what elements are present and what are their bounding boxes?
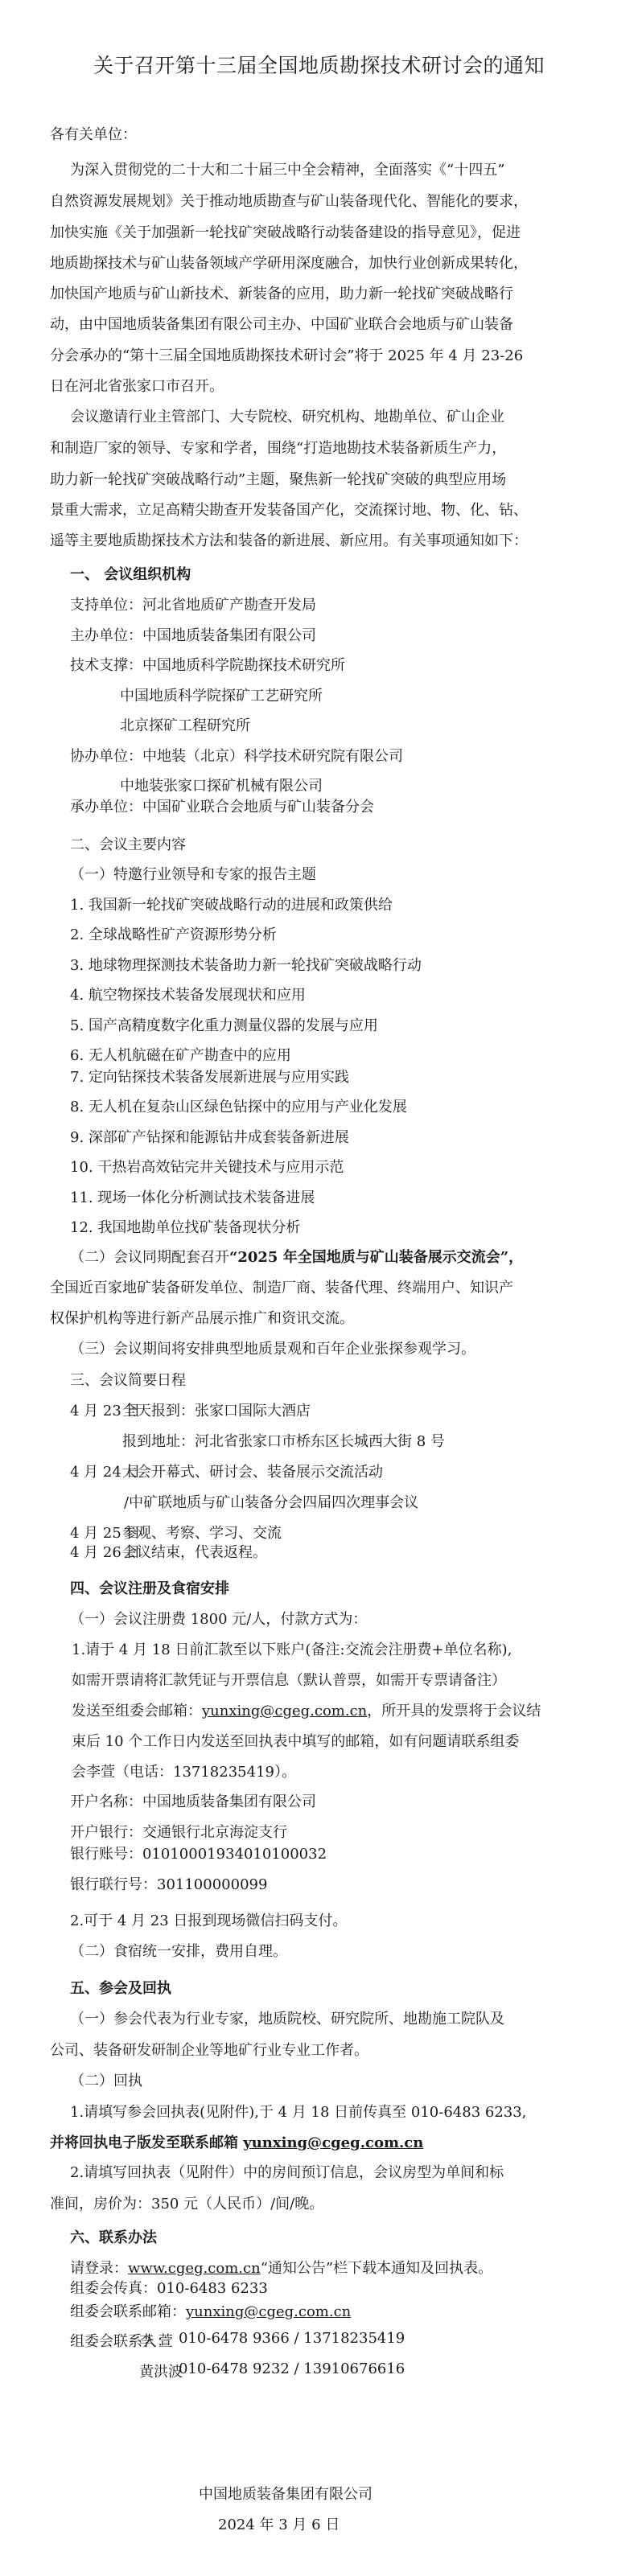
- support-label: 支持单位：: [70, 597, 142, 614]
- website-link[interactable]: www.cgeg.com.cn: [128, 2260, 261, 2277]
- schedule-item: 会议结束，代表返程。: [122, 1541, 267, 1562]
- salutation: 各有关单位：: [50, 123, 137, 144]
- organizer-label: 承办单位：: [70, 799, 142, 816]
- topic-item: 12. 我国地勘单位找矿装备现状分析: [70, 1216, 300, 1237]
- co-label: 协办单位：: [70, 748, 142, 765]
- account-number: 银行账号：01010001934010100032: [70, 1843, 327, 1863]
- section-heading-attendance: 五、参会及回执: [70, 1977, 171, 1998]
- intro-line: 加快国产地质与矿山新技术、新装备的应用，助力新一轮找矿突破战略行: [50, 282, 513, 303]
- intro-line: 为深入贯彻党的二十大和二十届三中全会精神，全面落实《“十四五”: [70, 158, 504, 179]
- schedule-item: /中矿联地质与矿山装备分会四届四次理事会议: [124, 1491, 418, 1512]
- send-suffix: ，所开具的发票将于会议结: [367, 1703, 541, 1719]
- tech-value: 中国地质科学院探矿工艺研究所: [120, 684, 323, 705]
- contact-phone: 010-6478 9232 / 13910676616: [179, 2360, 405, 2377]
- co-row: 协办单位：中地装（北京）科学技术研究院有限公司: [70, 745, 403, 766]
- contact-phone: 010-6478 9366 / 13718235419: [179, 2330, 405, 2347]
- payment-line: 会李萱（电话：13718235419）。: [72, 1760, 296, 1781]
- receipt-heading: （二）回执: [70, 2069, 142, 2090]
- subheading-topics: （一）特邀行业领导和专家的报告主题: [70, 863, 316, 884]
- contact-email-line: 组委会联系邮箱：yunxing@cgeg.com.cn: [70, 2300, 351, 2321]
- section-heading-registration: 四、会议注册及食宿安排: [70, 1577, 229, 1598]
- document-title: 关于召开第十三届全国地质勘探技术研讨会的通知: [0, 50, 638, 79]
- support-row: 支持单位：河北省地质矿产勘查开发局: [70, 594, 316, 614]
- fax-line: 组委会传真：010-6483 6233: [70, 2277, 268, 2298]
- organizer-value: 中国矿业联合会地质与矿山装备分会: [142, 799, 374, 816]
- expo-line: （二）会议同期配套召开“2025 年全国地质与矿山装备展示交流会”，: [70, 1246, 523, 1267]
- invite-line: 助力新一轮找矿突破战略行动”主题，聚焦新一轮找矿突破的典型应用场: [50, 468, 506, 489]
- invite-line: 和制造厂家的领导、专家和学者，围绕“打造地勘技术装备新质生产力，: [50, 437, 506, 458]
- bank-code: 银行联行号：301100000099: [70, 1873, 267, 1894]
- topic-item: 3. 地球物理探测技术装备助力新一轮找矿突破战略行动: [70, 954, 422, 975]
- signature-date: 2024 年 3 月 6 日: [218, 2513, 340, 2534]
- room-line: 准间，房价为：350 元（人民币）/间/晚。: [50, 2192, 323, 2213]
- intro-line: 日在河北省张家口市召开。: [50, 375, 224, 396]
- topic-item: 1. 我国新一轮找矿突破战略行动的进展和政策供给: [70, 894, 393, 914]
- expo-prefix: （二）会议同期配套召开: [70, 1249, 229, 1266]
- topic-item: 10. 干热岩高效钻完井关键技术与应用示范: [70, 1156, 344, 1177]
- section-heading-contact: 六、联系办法: [70, 2226, 157, 2247]
- intro-line: 加快实施《关于加强新一轮找矿突破战略行动装备建设的指导意见》，促进: [50, 221, 521, 242]
- tech-value: 中国地质科学院勘探技术研究所: [142, 657, 345, 674]
- schedule-item: 大会开幕式、研讨会、装备展示交流活动: [122, 1461, 383, 1481]
- send-prefix: 发送至组委会邮箱：: [72, 1703, 202, 1719]
- attendee-line: （一）参会代表为行业专家，地质院校、研究院所、地勘施工院队及: [70, 2007, 504, 2028]
- contact-name: 李 萱: [139, 2330, 173, 2351]
- payment-line: 如需开票请将汇款凭证与开票信息（默认普票，如需开专票请备注）: [72, 1669, 506, 1690]
- website-line: 请登录：www.cgeg.com.cn“通知公告”栏下载本通知及回执表。: [70, 2257, 492, 2278]
- schedule-item: 全天报到：张家口国际大酒店: [122, 1399, 311, 1420]
- expo-line: 权保护机构等进行新产品展示推广和资讯交流。: [50, 1307, 354, 1328]
- email-label: 组委会联系邮箱：: [70, 2303, 186, 2320]
- topic-item: 11. 现场一体化分析测试技术装备进展: [70, 1186, 315, 1207]
- intro-line: 地质勘探技术与矿山装备领域产学研用深度融合，加快行业创新成果转化，: [50, 252, 528, 273]
- co-value: 中地装（北京）科学技术研究院有限公司: [142, 748, 403, 765]
- signature-organization: 中国地质装备集团有限公司: [199, 2483, 373, 2504]
- payment-line: 1.请于 4 月 18 日前汇款至以下账户(备注:交流会注册费+单位名称),: [72, 1638, 512, 1659]
- login-suffix: “通知公告”栏下载本通知及回执表。: [261, 2260, 492, 2277]
- account-name: 开户名称：中国地质装备集团有限公司: [70, 1790, 316, 1811]
- email-link[interactable]: yunxing@cgeg.com.cn: [202, 1703, 367, 1719]
- expo-name: “2025 年全国地质与矿山装备展示交流会”，: [229, 1249, 523, 1266]
- bank-name: 开户银行：交通银行北京海淀支行: [70, 1821, 287, 1842]
- intro-line: 分会承办的“第十三届全国地质勘探技术研讨会”将于 2025 年 4 月 23-2…: [50, 344, 523, 365]
- receipt-line: 并将回执电子版发至联系邮箱 yunxing@cgeg.com.cn: [50, 2131, 423, 2152]
- wechat-pay-line: 2.可于 4 月 23 日报到现场微信扫码支付。: [70, 1909, 347, 1930]
- topic-item: 5. 国产高精度数字化重力测量仪器的发展与应用: [70, 1014, 378, 1035]
- schedule-item: 报到地址：河北省张家口市桥东区长城西大街 8 号: [122, 1430, 445, 1451]
- tech-row: 技术支撑：中国地质科学院勘探技术研究所: [70, 654, 345, 675]
- visit-line: （三）会议期间将安排典型地质景观和百年企业张探参观学习。: [70, 1337, 475, 1358]
- tech-value: 北京探矿工程研究所: [120, 714, 250, 735]
- section-heading-schedule: 三、会议简要日程: [70, 1369, 186, 1390]
- attendee-line: 公司、装备研发研制企业等地矿行业专业工作者。: [50, 2039, 368, 2060]
- topic-item: 4. 航空物探技术装备发展现状和应用: [70, 984, 306, 1005]
- invite-line: 景重大需求，立足高精尖勘查开发装备国产化，交流探讨地、物、化、钻、: [50, 499, 528, 520]
- host-label: 主办单位：: [70, 627, 142, 644]
- receipt-line: 1.请填写参会回执表(见附件),于 4 月 18 日前传真至 010-6483 …: [70, 2101, 526, 2122]
- section-heading-organization: 一、 会议组织机构: [70, 563, 191, 584]
- host-row: 主办单位：中国地质装备集团有限公司: [70, 624, 316, 645]
- payment-line: 束后 10 个工作日内发送至回执表中填写的邮箱，如有问题请联系组委: [72, 1730, 519, 1751]
- support-value: 河北省地质矿产勘查开发局: [142, 597, 316, 614]
- expo-line: 全国近百家地矿装备研发单位、制造厂商、装备代理、终端用户、知识产: [50, 1276, 513, 1297]
- schedule-item: 参观、考察、学习、交流: [122, 1522, 282, 1543]
- email-link[interactable]: yunxing@cgeg.com.cn: [243, 2134, 423, 2151]
- topic-item: 9. 深部矿产钻探和能源钻井成套装备新进展: [70, 1126, 349, 1147]
- intro-line: 动，由中国地质装备集团有限公司主办、中国矿业联合会地质与矿山装备: [50, 313, 513, 334]
- co-value: 中地装张家口探矿机械有限公司: [120, 774, 323, 795]
- receipt-prefix: 并将回执电子版发至联系邮箱: [50, 2134, 243, 2151]
- topic-item: 7. 定向钻探技术装备发展新进展与应用实践: [70, 1066, 349, 1087]
- topic-item: 2. 全球战略性矿产资源形势分析: [70, 923, 277, 944]
- intro-line: 自然资源发展规划》关于推动地质勘查与矿山装备现代化、智能化的要求，: [50, 190, 528, 211]
- topic-item: 6. 无人机航磁在矿产勘查中的应用: [70, 1044, 291, 1065]
- tech-label: 技术支撑：: [70, 657, 142, 674]
- login-prefix: 请登录：: [70, 2260, 128, 2277]
- fee-line: （一）会议注册费 1800 元/人，付款方式为：: [70, 1608, 367, 1629]
- email-link[interactable]: yunxing@cgeg.com.cn: [186, 2303, 351, 2320]
- organizer-row: 承办单位：中国矿业联合会地质与矿山装备分会: [70, 795, 374, 816]
- section-heading-content: 二、会议主要内容: [70, 833, 186, 854]
- host-value: 中国地质装备集团有限公司: [142, 627, 316, 644]
- lodging-line: （二）食宿统一安排，费用自理。: [70, 1940, 287, 1961]
- room-line: 2.请填写回执表（见附件）中的房间预订信息，会议房型为单间和标: [70, 2161, 504, 2182]
- topic-item: 8. 无人机在复杂山区绿色钻探中的应用与产业化发展: [70, 1095, 407, 1116]
- invite-line: 遥等主要地质勘探技术方法和装备的新进展、新应用。有关事项通知如下：: [50, 529, 528, 550]
- contact-name: 黄洪波: [139, 2360, 183, 2381]
- invite-line: 会议邀请行业主管部门、大专院校、研究机构、地勘单位、矿山企业: [70, 405, 504, 426]
- payment-line: 发送至组委会邮箱：yunxing@cgeg.com.cn，所开具的发票将于会议结: [72, 1699, 541, 1720]
